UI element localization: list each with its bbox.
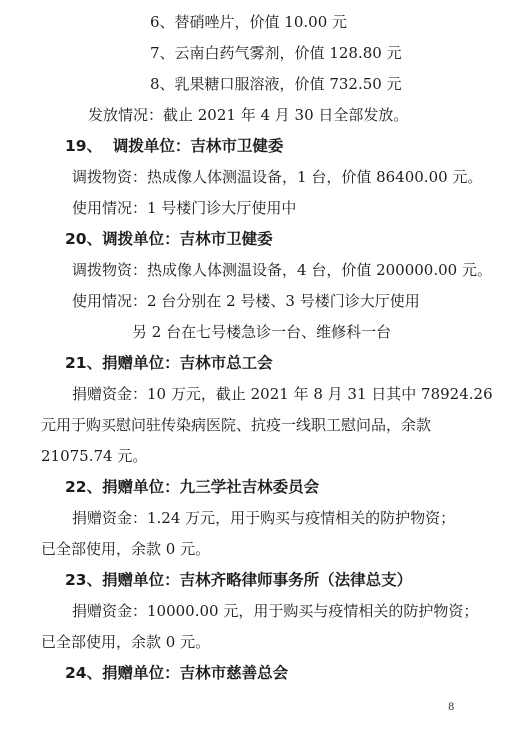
doc-line-distribution-status: 发放情况：截止 2021 年 4 月 30 日全部发放。	[0, 100, 519, 131]
doc-heading-item-21: 21、捐赠单位：吉林市总工会	[0, 348, 519, 379]
doc-heading-item-20: 20、调拨单位：吉林市卫健委	[0, 224, 519, 255]
doc-line-item-22-funds-cont: 已全部使用，余款 0 元。	[0, 534, 519, 565]
doc-line-subitem-6: 6、替硝唑片，价值 10.00 元	[0, 7, 519, 38]
doc-line-item-20-usage-cont: 另 2 台在七号楼急诊一台、维修科一台	[0, 317, 519, 348]
doc-line-item-19-supplies: 调拨物资：热成像人体测温设备，1 台，价值 86400.00 元。	[0, 162, 519, 193]
doc-line-item-21-funds: 捐赠资金：10 万元，截止 2021 年 8 月 31 日其中 78924.26	[0, 379, 519, 410]
doc-line-item-23-funds-cont: 已全部使用，余款 0 元。	[0, 627, 519, 658]
doc-heading-item-23: 23、捐赠单位：吉林齐略律师事务所（法律总支）	[0, 565, 519, 596]
doc-line-item-21-funds-cont2: 21075.74 元。	[0, 441, 519, 472]
doc-heading-item-24: 24、捐赠单位：吉林市慈善总会	[0, 658, 519, 689]
page-number: 8	[448, 701, 454, 715]
doc-heading-item-22: 22、捐赠单位：九三学社吉林委员会	[0, 472, 519, 503]
doc-heading-item-19: 19、 调拨单位：吉林市卫健委	[0, 131, 519, 162]
doc-line-item-19-usage: 使用情况：1 号楼门诊大厅使用中	[0, 193, 519, 224]
document-page: 6、替硝唑片，价值 10.00 元 7、云南白药气雾剂，价值 128.80 元 …	[0, 0, 519, 749]
doc-line-item-22-funds: 捐赠资金：1.24 万元，用于购买与疫情相关的防护物资；	[0, 503, 519, 534]
doc-line-subitem-7: 7、云南白药气雾剂，价值 128.80 元	[0, 38, 519, 69]
doc-line-item-20-usage: 使用情况：2 台分别在 2 号楼、3 号楼门诊大厅使用	[0, 286, 519, 317]
doc-line-subitem-8: 8、乳果糖口服溶液，价值 732.50 元	[0, 69, 519, 100]
doc-line-item-23-funds: 捐赠资金：10000.00 元，用于购买与疫情相关的防护物资；	[0, 596, 519, 627]
doc-line-item-20-supplies: 调拨物资：热成像人体测温设备，4 台，价值 200000.00 元。	[0, 255, 519, 286]
doc-line-item-21-funds-cont1: 元用于购买慰问驻传染病医院、抗疫一线职工慰问品，余款	[0, 410, 519, 441]
